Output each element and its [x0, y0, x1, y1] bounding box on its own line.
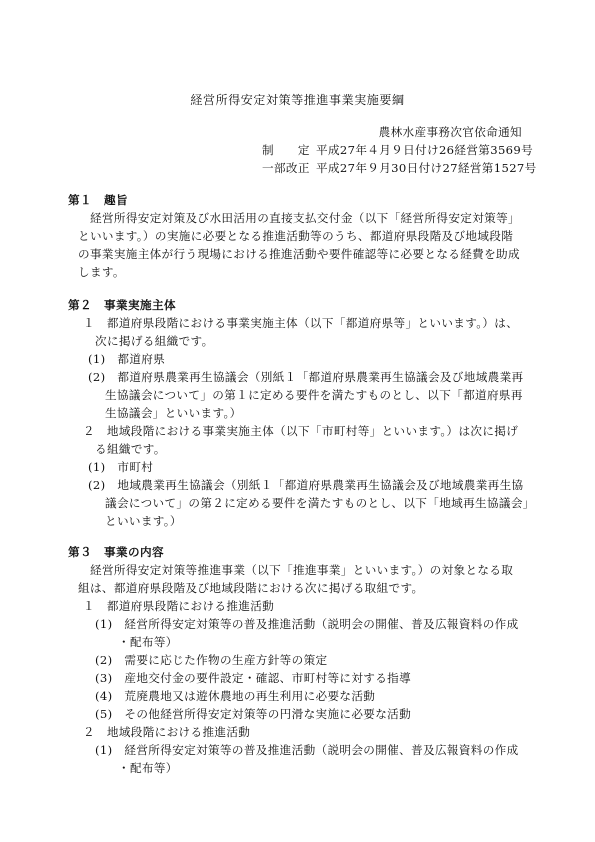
- item-line: １ 都道府県段階における事業実施主体（以下「都道府県等」といいます。）は、: [83, 316, 518, 330]
- paragraph-line: 経営所得安定対策及び水田活用の直接支払交付金（以下「経営所得安定対策等」: [90, 211, 520, 225]
- item-line: ２ 地域段階における推進活動: [83, 725, 250, 739]
- issuer: 農林水産事務次官依命通知: [379, 125, 522, 139]
- paragraph-line: 経営所得安定対策等推進事業（以下「推進事業」といいます。）の対象となる取: [90, 563, 513, 577]
- subitem-line: (2) 需要に応じた作物の生産方針等の策定: [95, 653, 327, 667]
- subitem-line: 生協議会」といいます。）: [105, 406, 242, 420]
- notice-label: 制 定: [262, 143, 316, 157]
- paragraph-line: 組は、都道府県段階及び地域段階における次に掲げる取組です。: [78, 581, 423, 595]
- subitem-line: といいます。）: [105, 514, 182, 528]
- subitem-line: 生協議会について」の第１に定める要件を満たすものとし、以下「都道府県再: [105, 388, 523, 402]
- notice-value: 平成27年４月９日付け26経営第3569号: [316, 143, 533, 157]
- notice-enactment: 制 定平成27年４月９日付け26経営第3569号: [262, 143, 533, 157]
- notice-label: 一部改正: [262, 161, 316, 175]
- section-heading-content: 第３ 事業の内容: [68, 545, 164, 559]
- paragraph-line: します。: [78, 265, 125, 279]
- subitem-line: (2) 地域農業再生協議会（別紙１「都道府県農業再生協議会及び地域農業再生協: [88, 478, 524, 492]
- subitem-line: (1) 経営所得安定対策等の普及推進活動（説明会の開催、普及広報資料の作成: [95, 617, 519, 631]
- subitem-line: (5) その他経営所得安定対策等の円滑な実施に必要な活動: [95, 707, 411, 721]
- item-line: １ 都道府県段階における推進活動: [83, 599, 274, 613]
- paragraph-line: といいます。）の実施に必要となる推進活動等のうち、都道府県段階及び地域段階: [78, 229, 513, 243]
- subitem-line: (3) 産地交付金の要件設定・確認、市町村等に対する指導: [95, 671, 411, 685]
- section-heading-implementing-body: 第２ 事業実施主体: [68, 298, 176, 312]
- subitem-line: ・配布等）: [118, 761, 178, 775]
- subitem-line: (1) 経営所得安定対策等の普及推進活動（説明会の開催、普及広報資料の作成: [95, 743, 519, 757]
- subitem-line: (1) 都道府県: [88, 352, 165, 366]
- subitem-line: (2) 都道府県農業再生協議会（別紙１「都道府県農業再生協議会及び地域農業再: [88, 370, 524, 384]
- section-heading-purpose: 第１ 趣旨: [68, 193, 128, 207]
- paragraph-line: の事業実施主体が行う現場における推進活動や要件確認等に必要となる経費を助成: [78, 247, 520, 261]
- notice-amendment: 一部改正平成27年９月30日付け27経営第1527号: [262, 161, 537, 175]
- subitem-line: (4) 荒廃農地又は遊休農地の再生利用に必要な活動: [95, 689, 375, 703]
- item-line: 次に掲げる組織です。: [95, 334, 214, 348]
- document-title: 経営所得安定対策等推進事業実施要綱: [0, 93, 595, 107]
- subitem-line: (1) 市町村: [88, 460, 153, 474]
- item-line: る組織です。: [95, 442, 166, 456]
- subitem-line: 議会について」の第２に定める要件を満たすものとし、以下「地域再生協議会」: [105, 496, 535, 510]
- notice-value: 平成27年９月30日付け27経営第1527号: [316, 161, 537, 175]
- subitem-line: ・配布等）: [118, 635, 178, 649]
- item-line: ２ 地域段階における事業実施主体（以下「市町村等」といいます。）は次に掲げ: [83, 424, 518, 438]
